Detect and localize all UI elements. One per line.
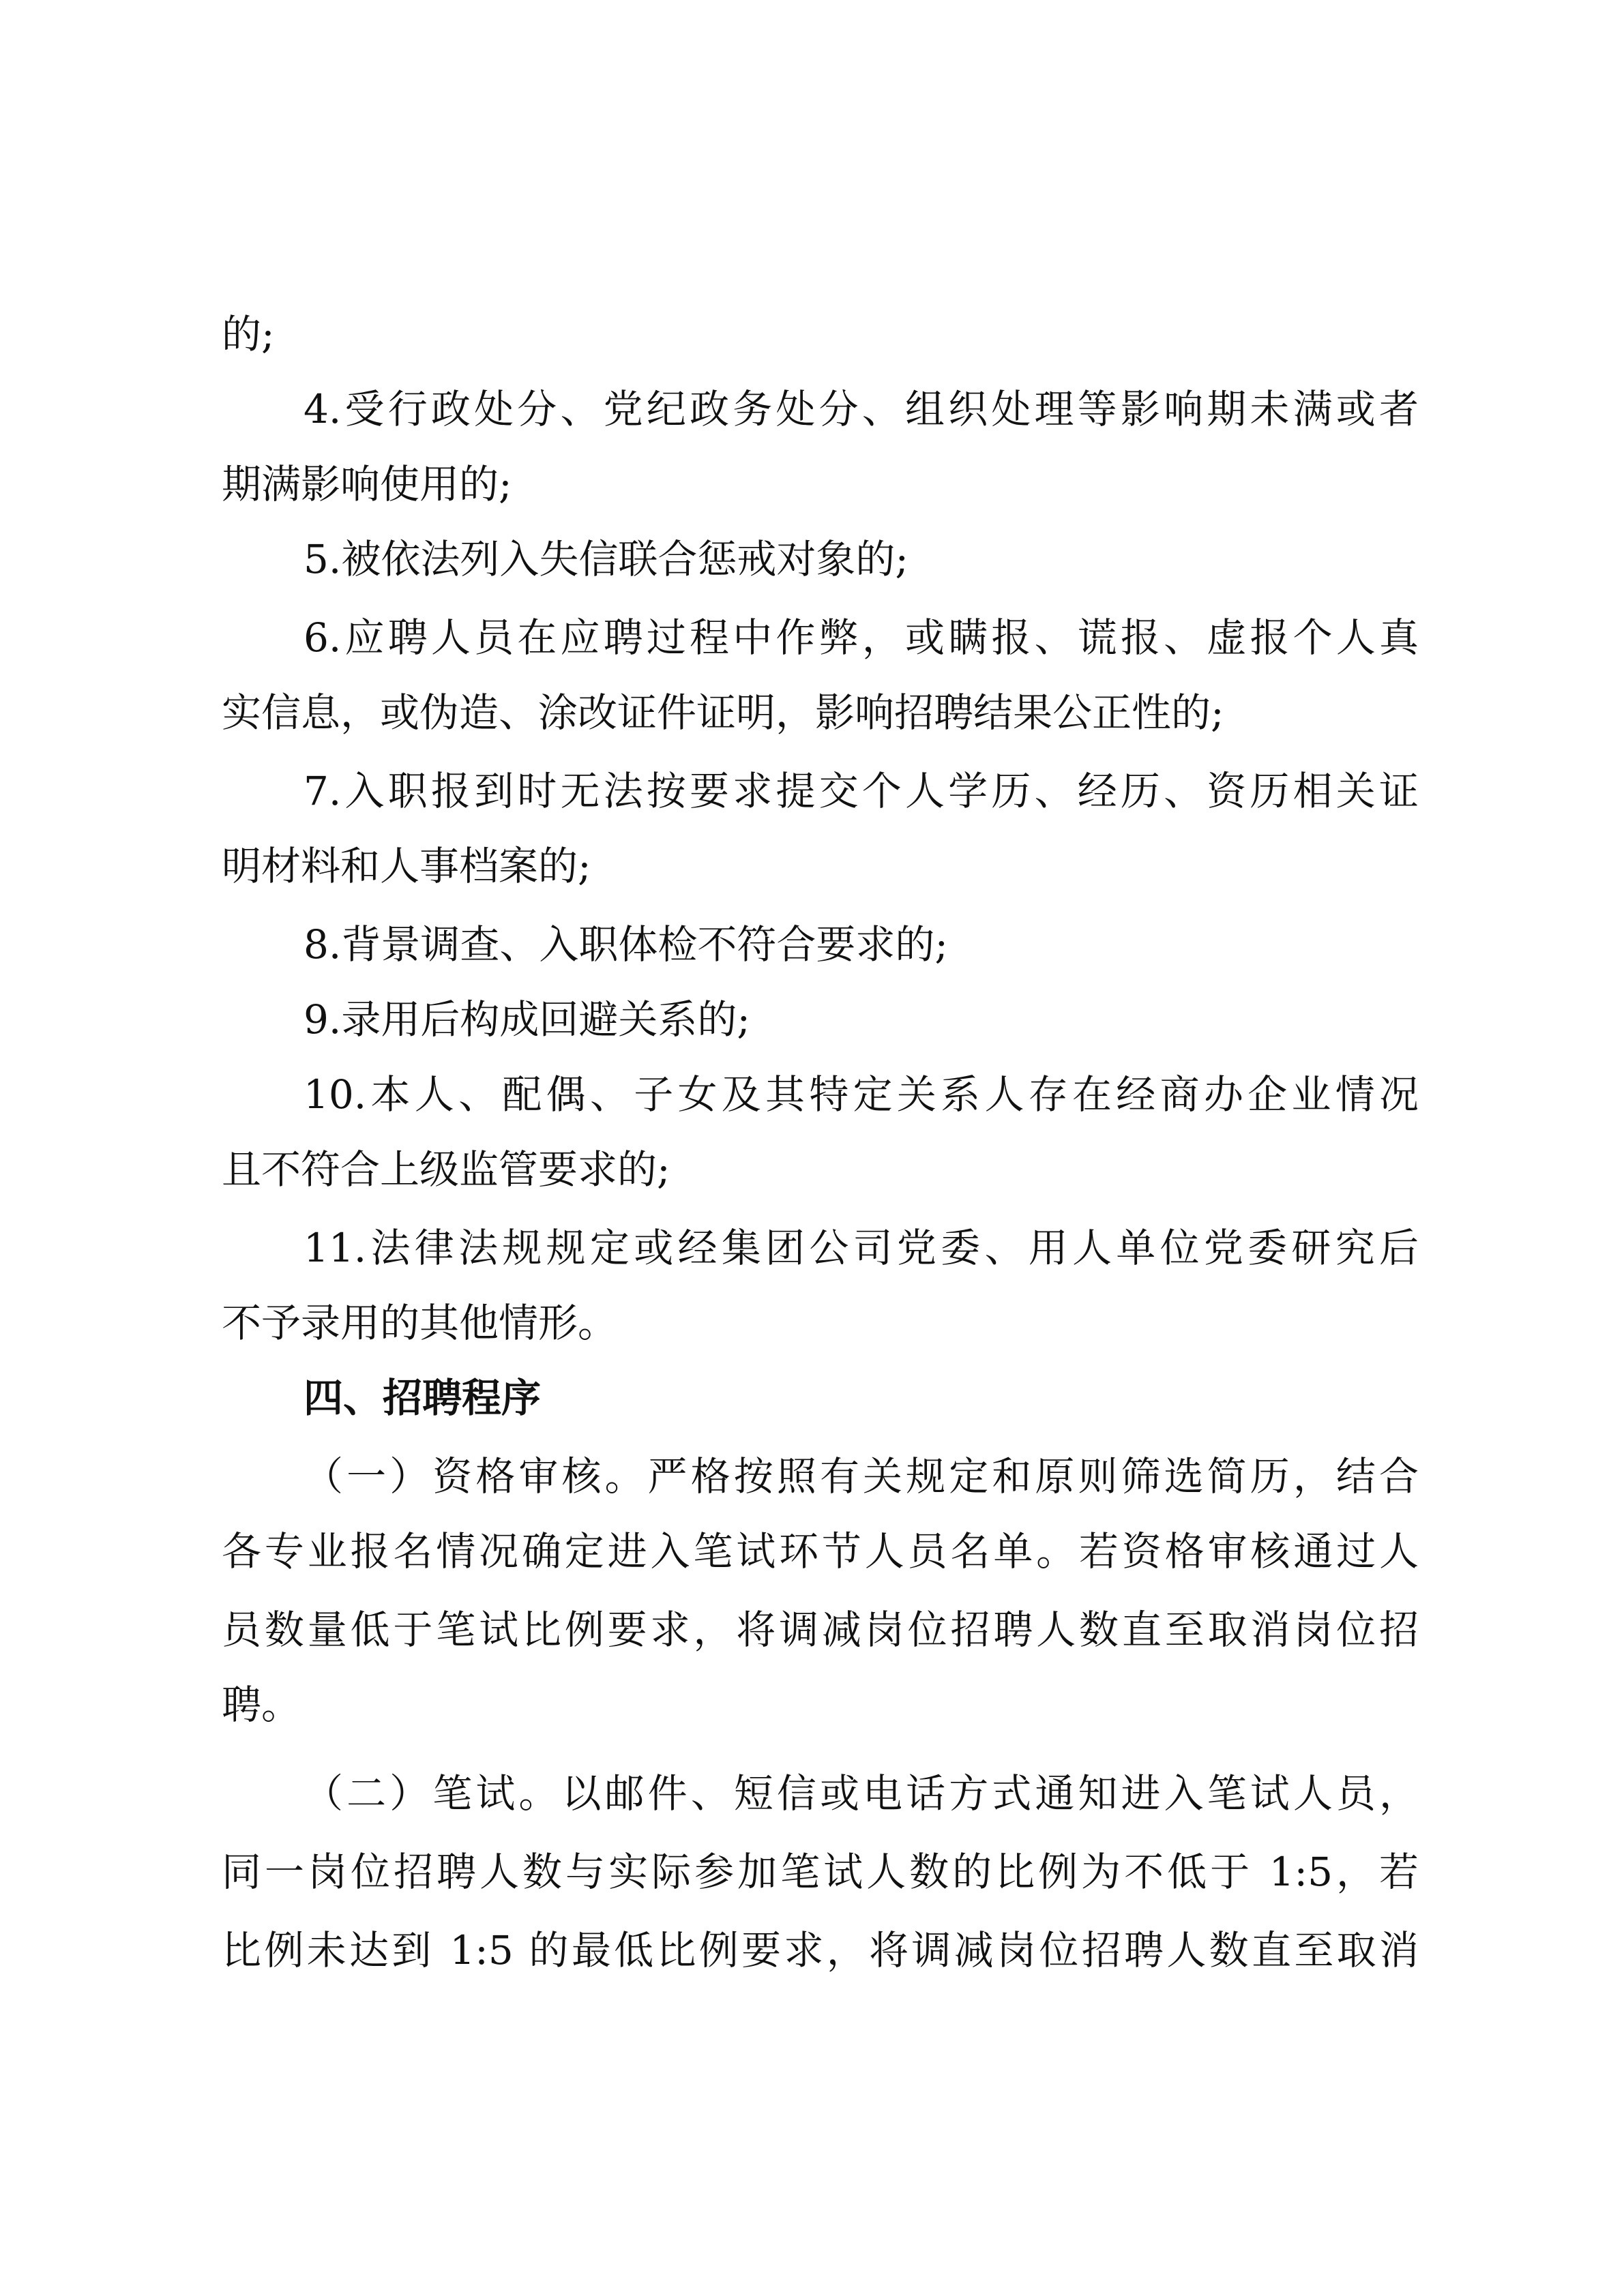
text-line: 员数量低于笔试比例要求，将调减岗位招聘人数直至取消岗位招 <box>222 1602 1419 1657</box>
text-line: 不予录用的其他情形。 <box>222 1296 1419 1350</box>
list-item-11: 11.法律法规规定或经集团公司党委、用人单位党委研究后 <box>304 1221 1419 1275</box>
list-item-9: 9.录用后构成回避关系的; <box>304 992 1419 1047</box>
text-line: 各专业报名情况确定进入笔试环节人员名单。若资格审核通过人 <box>222 1524 1419 1579</box>
list-item-5: 5.被依法列入失信联合惩戒对象的; <box>304 532 1419 586</box>
list-item-8: 8.背景调查、入职体检不符合要求的; <box>304 917 1419 972</box>
text-line: 明材料和人事档案的; <box>222 839 1419 893</box>
text-line: 聘。 <box>222 1678 1419 1732</box>
list-item-6: 6.应聘人员在应聘过程中作弊，或瞒报、谎报、虚报个人真 <box>304 610 1419 665</box>
text-line: 期满影响使用的; <box>222 457 1419 511</box>
paragraph-qualification-review: （一）资格审核。严格按照有关规定和原则筛选简历，结合 <box>304 1449 1419 1504</box>
text-line: 同一岗位招聘人数与实际参加笔试人数的比例为不低于 1:5，若 <box>222 1845 1419 1899</box>
text-line: 的; <box>222 307 1419 361</box>
text-line: 比例未达到 1:5 的最低比例要求，将调减岗位招聘人数直至取消 <box>222 1923 1419 1978</box>
section-heading: 四、招聘程序 <box>304 1371 1419 1425</box>
list-item-7: 7.入职报到时无法按要求提交个人学历、经历、资历相关证 <box>304 764 1419 818</box>
list-item-4: 4.受行政处分、党纪政务处分、组织处理等影响期未满或者 <box>304 382 1419 436</box>
document-page: 的; 4.受行政处分、党纪政务处分、组织处理等影响期未满或者 期满影响使用的; … <box>0 0 1624 2296</box>
text-line: 且不符合上级监管要求的; <box>222 1142 1419 1197</box>
paragraph-written-test: （二）笔试。以邮件、短信或电话方式通知进入笔试人员， <box>304 1766 1419 1821</box>
list-item-10: 10.本人、配偶、子女及其特定关系人存在经商办企业情况 <box>304 1067 1419 1122</box>
text-line: 实信息，或伪造、涂改证件证明，影响招聘结果公正性的; <box>222 685 1419 740</box>
